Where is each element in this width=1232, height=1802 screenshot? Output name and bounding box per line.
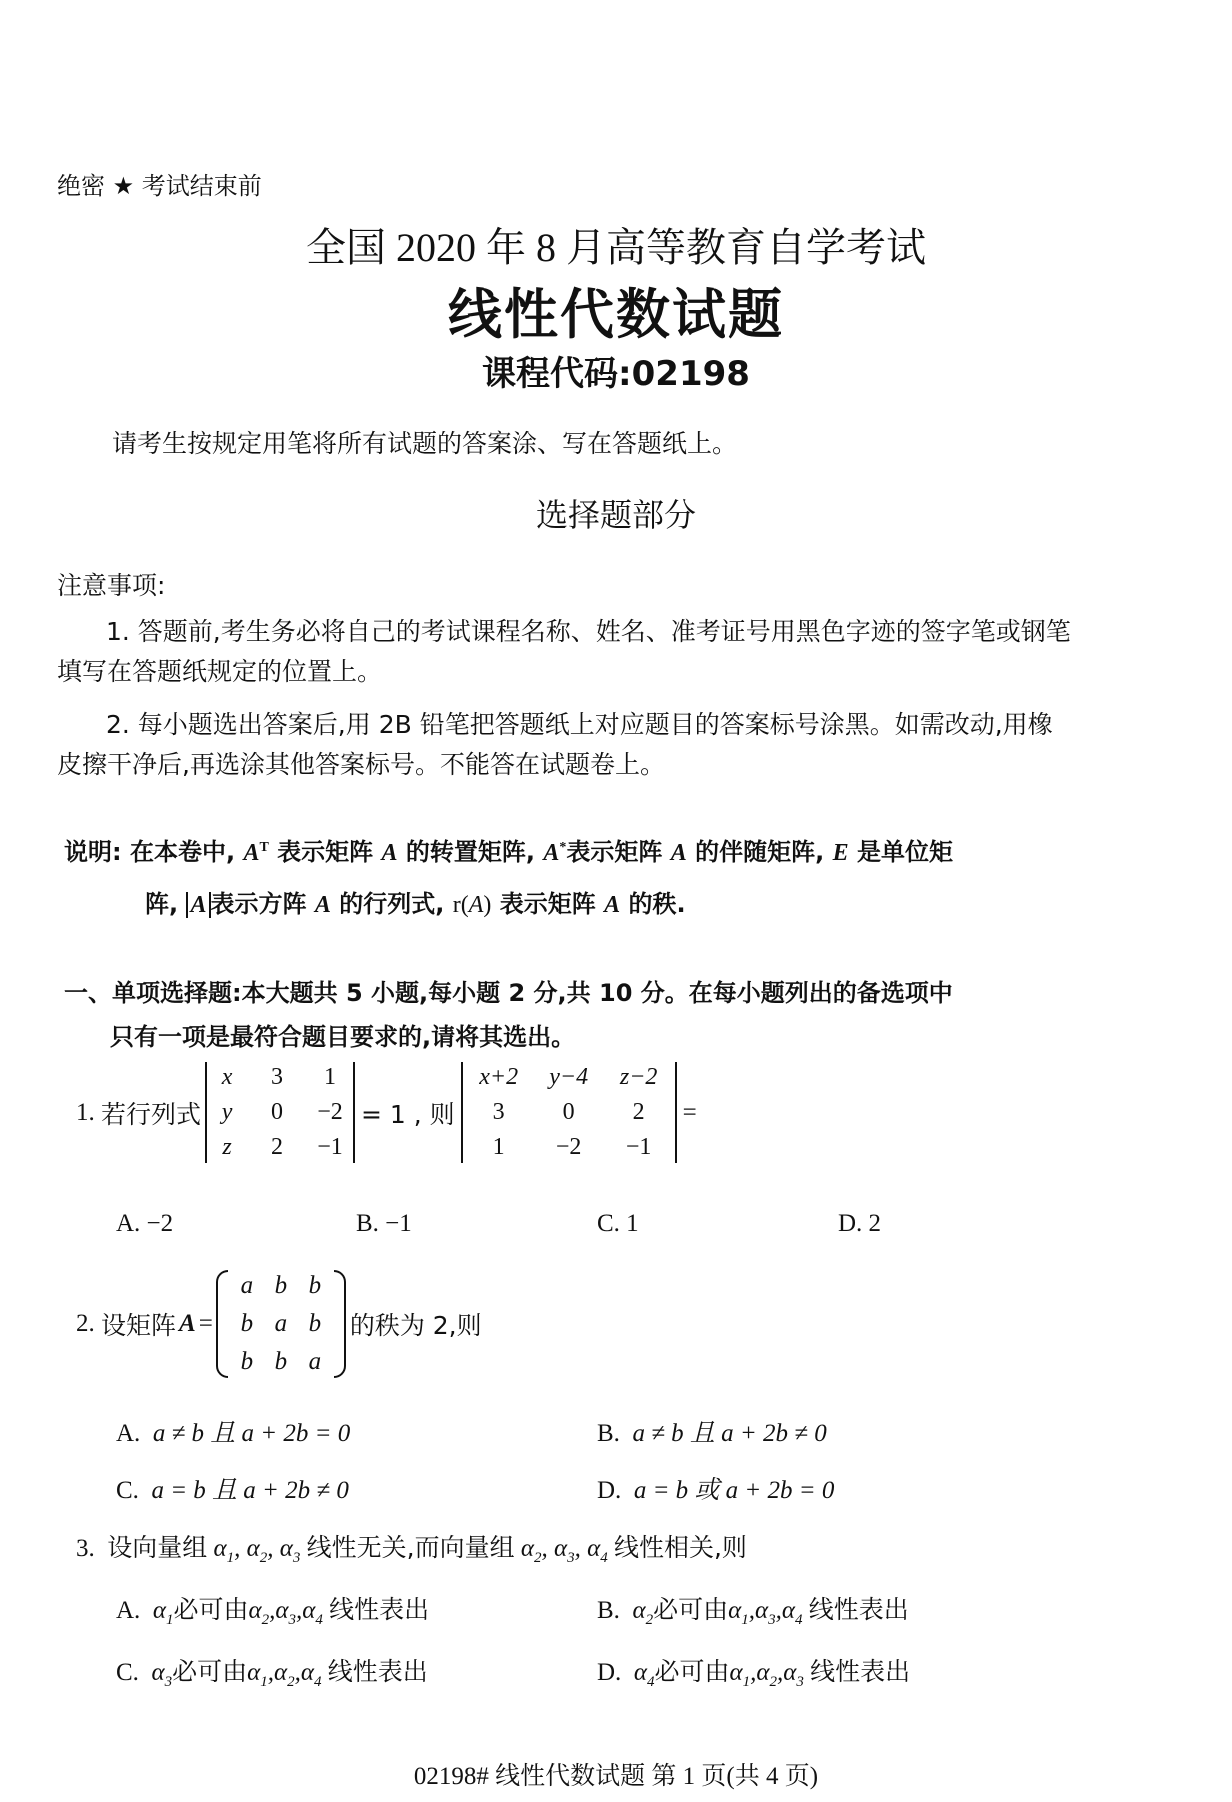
instruction-text: 请考生按规定用笔将所有试题的答案涂、写在答题纸上。 [112,424,737,460]
determinant-notation: A [186,892,210,918]
note-2-line-2: 皮擦干净后,再选涂其他答案标号。不能答在试题卷上。 [57,745,665,781]
note-1-line-2: 填写在答题纸规定的位置上。 [57,652,382,688]
section-part-heading: 选择题部分 [0,490,1232,536]
explanation-label: 说明: [64,838,122,866]
confidential-label: 绝密 ★ 考试结束前 [57,166,262,201]
note-2-line-1: 2. 每小题选出答案后,用 2B 铅笔把答题纸上对应题目的答案标号涂黑。如需改动… [106,705,1053,741]
q1-option-c[interactable]: C. 1 [597,1210,639,1238]
note-1-line-1: 1. 答题前,考生务必将自己的考试课程名称、姓名、准考证号用黑色字迹的签字笔或钢… [106,612,1071,648]
q1-option-d[interactable]: D. 2 [838,1210,881,1238]
q2-option-d[interactable]: D. a = b 或 a + 2b = 0 [597,1470,834,1506]
explanation-line-2: 阵, A表示方阵 A 的行列式, r(A) 表示矩阵 A 的秩. [145,884,686,919]
q3-option-a[interactable]: A. α1必可由α2,α3,α4 线性表出 [116,1590,429,1629]
subject-title: 线性代数试题 [0,272,1232,349]
question-3: 3. 设向量组 α1, α2, α3 线性无关,而向量组 α2, α3, α4 … [76,1528,747,1567]
q2-option-b[interactable]: B. a ≠ b 且 a + 2b ≠ 0 [597,1413,827,1449]
matrix-a: abb bab bba [216,1270,346,1378]
page-footer: 02198# 线性代数试题 第 1 页(共 4 页) [0,1756,1232,1792]
notes-heading: 注意事项: [57,566,165,602]
q2-option-a[interactable]: A. a ≠ b 且 a + 2b = 0 [116,1413,350,1449]
determinant-2: x+2y−4z−2 302 1−2−1 [461,1062,677,1163]
question-1: 1. 若行列式 x31 y0−2 z2−1 = 1 , 则 x+2y−4z−2 … [76,1062,697,1163]
q3-option-b[interactable]: B. α2必可由α1,α3,α4 线性表出 [597,1590,909,1629]
section-1-subheading: 只有一项是最符合题目要求的,请将其选出。 [110,1017,575,1052]
course-code: 课程代码:02198 [0,346,1232,395]
q3-option-d[interactable]: D. α4必可由α1,α2,α3 线性表出 [597,1652,910,1691]
exam-title: 全国 2020 年 8 月高等教育自学考试 [0,216,1232,273]
q2-option-c[interactable]: C. a = b 且 a + 2b ≠ 0 [116,1470,349,1506]
q1-option-b[interactable]: B. −1 [356,1210,412,1238]
q3-option-c[interactable]: C. α3必可由α1,α2,α4 线性表出 [116,1652,428,1691]
section-1-heading: 一、单项选择题:本大题共 5 小题,每小题 2 分,共 10 分。在每小题列出的… [64,973,953,1008]
determinant-1: x31 y0−2 z2−1 [205,1062,355,1163]
explanation-line-1: 说明: 在本卷中, AT 表示矩阵 A 的转置矩阵, A*表示矩阵 A 的伴随矩… [64,832,953,867]
q1-option-a[interactable]: A. −2 [116,1210,173,1238]
question-2: 2. 设矩阵 A = abb bab bba 的秩为 2,则 [76,1270,482,1378]
